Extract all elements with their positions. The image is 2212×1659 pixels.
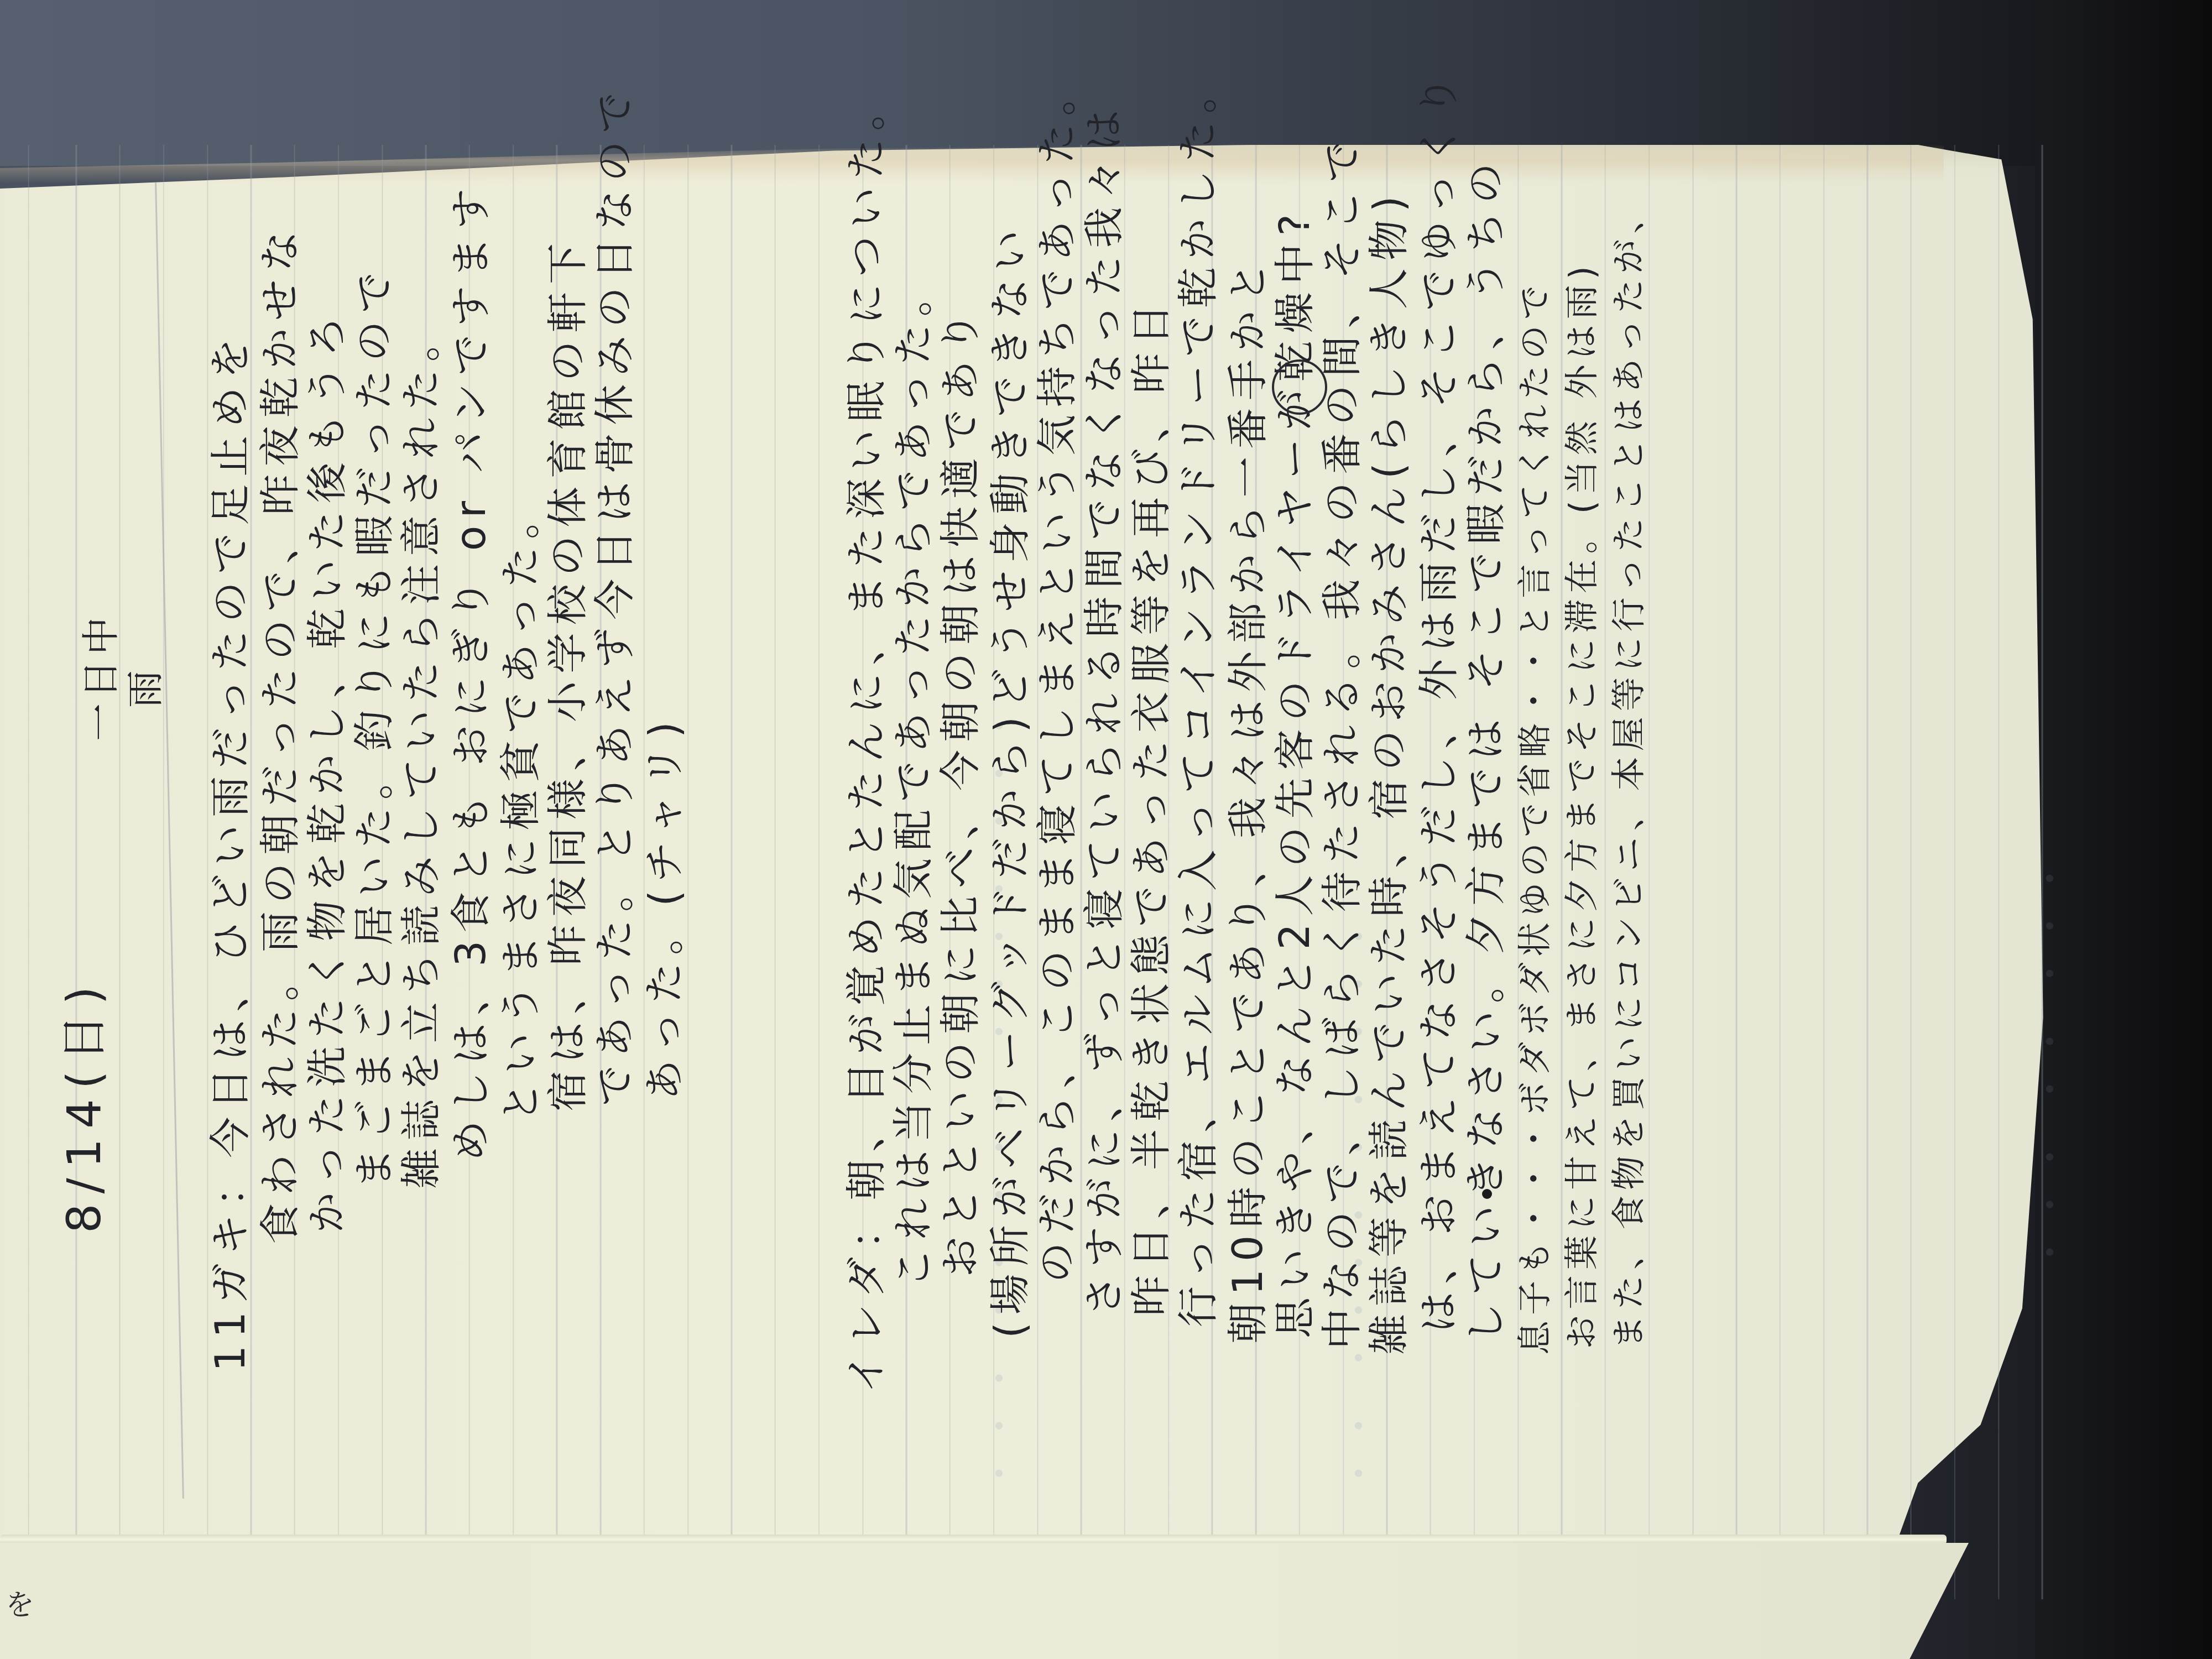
circled-correction-mark — [1272, 359, 1327, 415]
diary-line: 11ガキ：今日は、ひどい雨だったので足止めを — [210, 331, 251, 1371]
diary-line: 宿は、昨夜同様、小学校の体育館の軒下 — [547, 236, 588, 1112]
ink-dot — [1482, 1189, 1492, 1199]
dark-background-right — [2035, 0, 2212, 1659]
diary-line: というまさに極貧であった。 — [500, 491, 541, 1123]
diary-line: 朝10時のことであり、我々は外部から一番手かと — [1228, 254, 1269, 1344]
diary-line: イレダ：朝、目が覚めたとたんに、また深い眠りについた。 — [846, 82, 887, 1394]
next-page-fragment: を — [6, 1582, 61, 1659]
diary-line: (場所がベリーグッドだから)どうせ身動きできない — [990, 222, 1031, 1338]
diary-date: 8/14(日) — [61, 977, 107, 1233]
diary-line: は、おまえてなさそうだし、外は雨だし、そこでゆっくり — [1418, 68, 1459, 1333]
diary-line: していきなさい。夕方までは そこで暇だから、うちの — [1465, 155, 1506, 1344]
diary-line: かった洗たく物を乾かし、乾いた後もうろ — [307, 309, 348, 1233]
diary-line: さすがに、ずっと寝ていられる時間でなくなった我々は — [1084, 102, 1125, 1316]
diary-line: 行った宿、エルムに入ってコインランドリーで乾かした。 — [1178, 65, 1219, 1327]
diary-line: おとといの朝に比べ、今朝の朝は快適であり — [940, 304, 981, 1277]
weather-label: 一日中 — [83, 612, 121, 741]
diary-line: また、食物を買いにコンビニ、本屋等に行ったことはあったが、 — [1612, 194, 1646, 1349]
diary-line: あった。(チャリ) — [644, 714, 685, 1100]
weather-value: 雨 — [127, 665, 165, 708]
diary-line: めしは、3食とも おにぎり or パンですます — [451, 181, 492, 1161]
diary-line: これは当分止まぬ気配であったからであった。 — [893, 268, 934, 1288]
diary-line: まごまごと居いた。釣りにも暇だったので — [354, 264, 395, 1189]
diary-line: 息子も・・・ボダボダ状ゆので省略・・と言ってくれたので — [1518, 280, 1552, 1355]
diary-line: お言葉に甘えて、まさに夕方までそこに滞在。(当然 外は雨) — [1565, 260, 1599, 1349]
diary-line: 昨日、半乾き状態であった衣服等を再び、昨日 — [1131, 296, 1172, 1316]
diary-line: 中なので、しばらく待たされる。我々の番の間、そこで — [1322, 133, 1363, 1349]
next-page-edge — [0, 1543, 1969, 1659]
diary-line: であった。とりあえず今日は骨休みの日なので — [594, 85, 635, 1106]
diary-line: 雑誌を立ち読みしていたら注意された。 — [401, 313, 442, 1189]
diary-line: 雑誌等を読んでいた時、宿のおかみさん(らしき人物) — [1369, 188, 1410, 1355]
diary-line: のだから、このまま寝てしまえという気持ちであった。 — [1037, 67, 1078, 1283]
diary-line: 食わされた。雨の朝だったので、昨夜乾かせな — [260, 223, 301, 1244]
bleed-through-text: ・・・ ・・ ・・・ — [2018, 851, 2076, 1272]
